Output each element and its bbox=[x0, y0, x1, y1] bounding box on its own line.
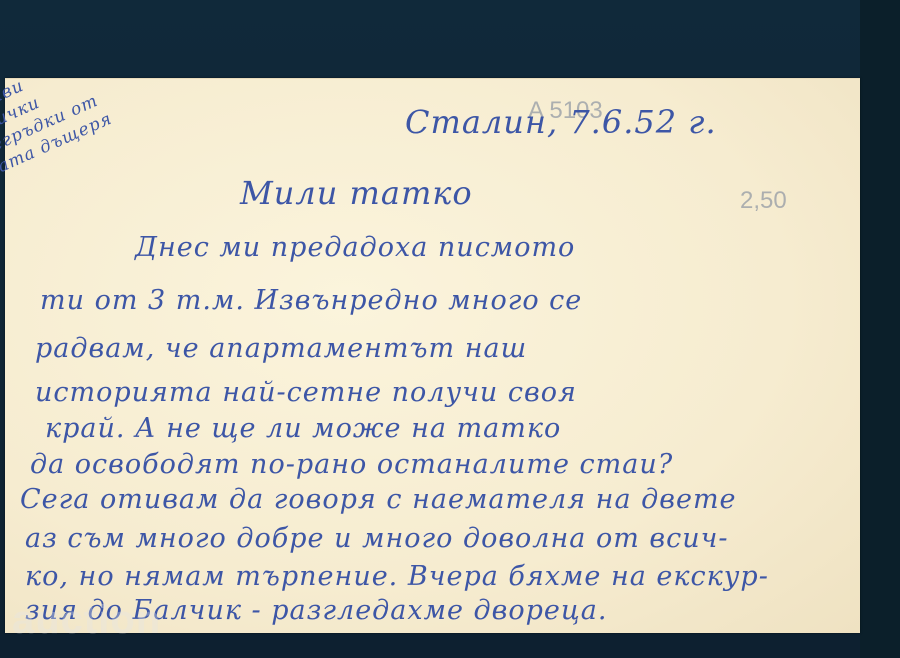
body-line: ко, но нямам търпение. Вчера бяхме на ек… bbox=[25, 561, 769, 592]
body-line: край. А не ще ли може на татко bbox=[45, 413, 561, 444]
body-line: Сега отивам да говоря с наемателя на две… bbox=[20, 484, 737, 515]
postcard: Поздрави от всички и прегръдки от вашата… bbox=[5, 78, 860, 633]
dark-backdrop bbox=[860, 0, 900, 658]
body-line: историята най-сетне получи своя bbox=[35, 377, 577, 408]
price-mark: 2,50 bbox=[740, 187, 787, 215]
place-date: Сталин, 7.6.52 г. bbox=[405, 103, 717, 141]
body-line: радвам, че апартаментът наш bbox=[35, 333, 527, 364]
salutation: Мили татко bbox=[240, 174, 473, 212]
body-line: Днес ми предадоха писмото bbox=[135, 232, 575, 263]
body-line: да освободят по-рано останалите стаи? bbox=[30, 449, 673, 480]
body-line: аз съм много добре и много доволна от вс… bbox=[25, 523, 729, 554]
body-line: ти от 3 т.м. Извънредно много се bbox=[40, 285, 582, 316]
auction-watermark: auction bbox=[12, 598, 161, 643]
